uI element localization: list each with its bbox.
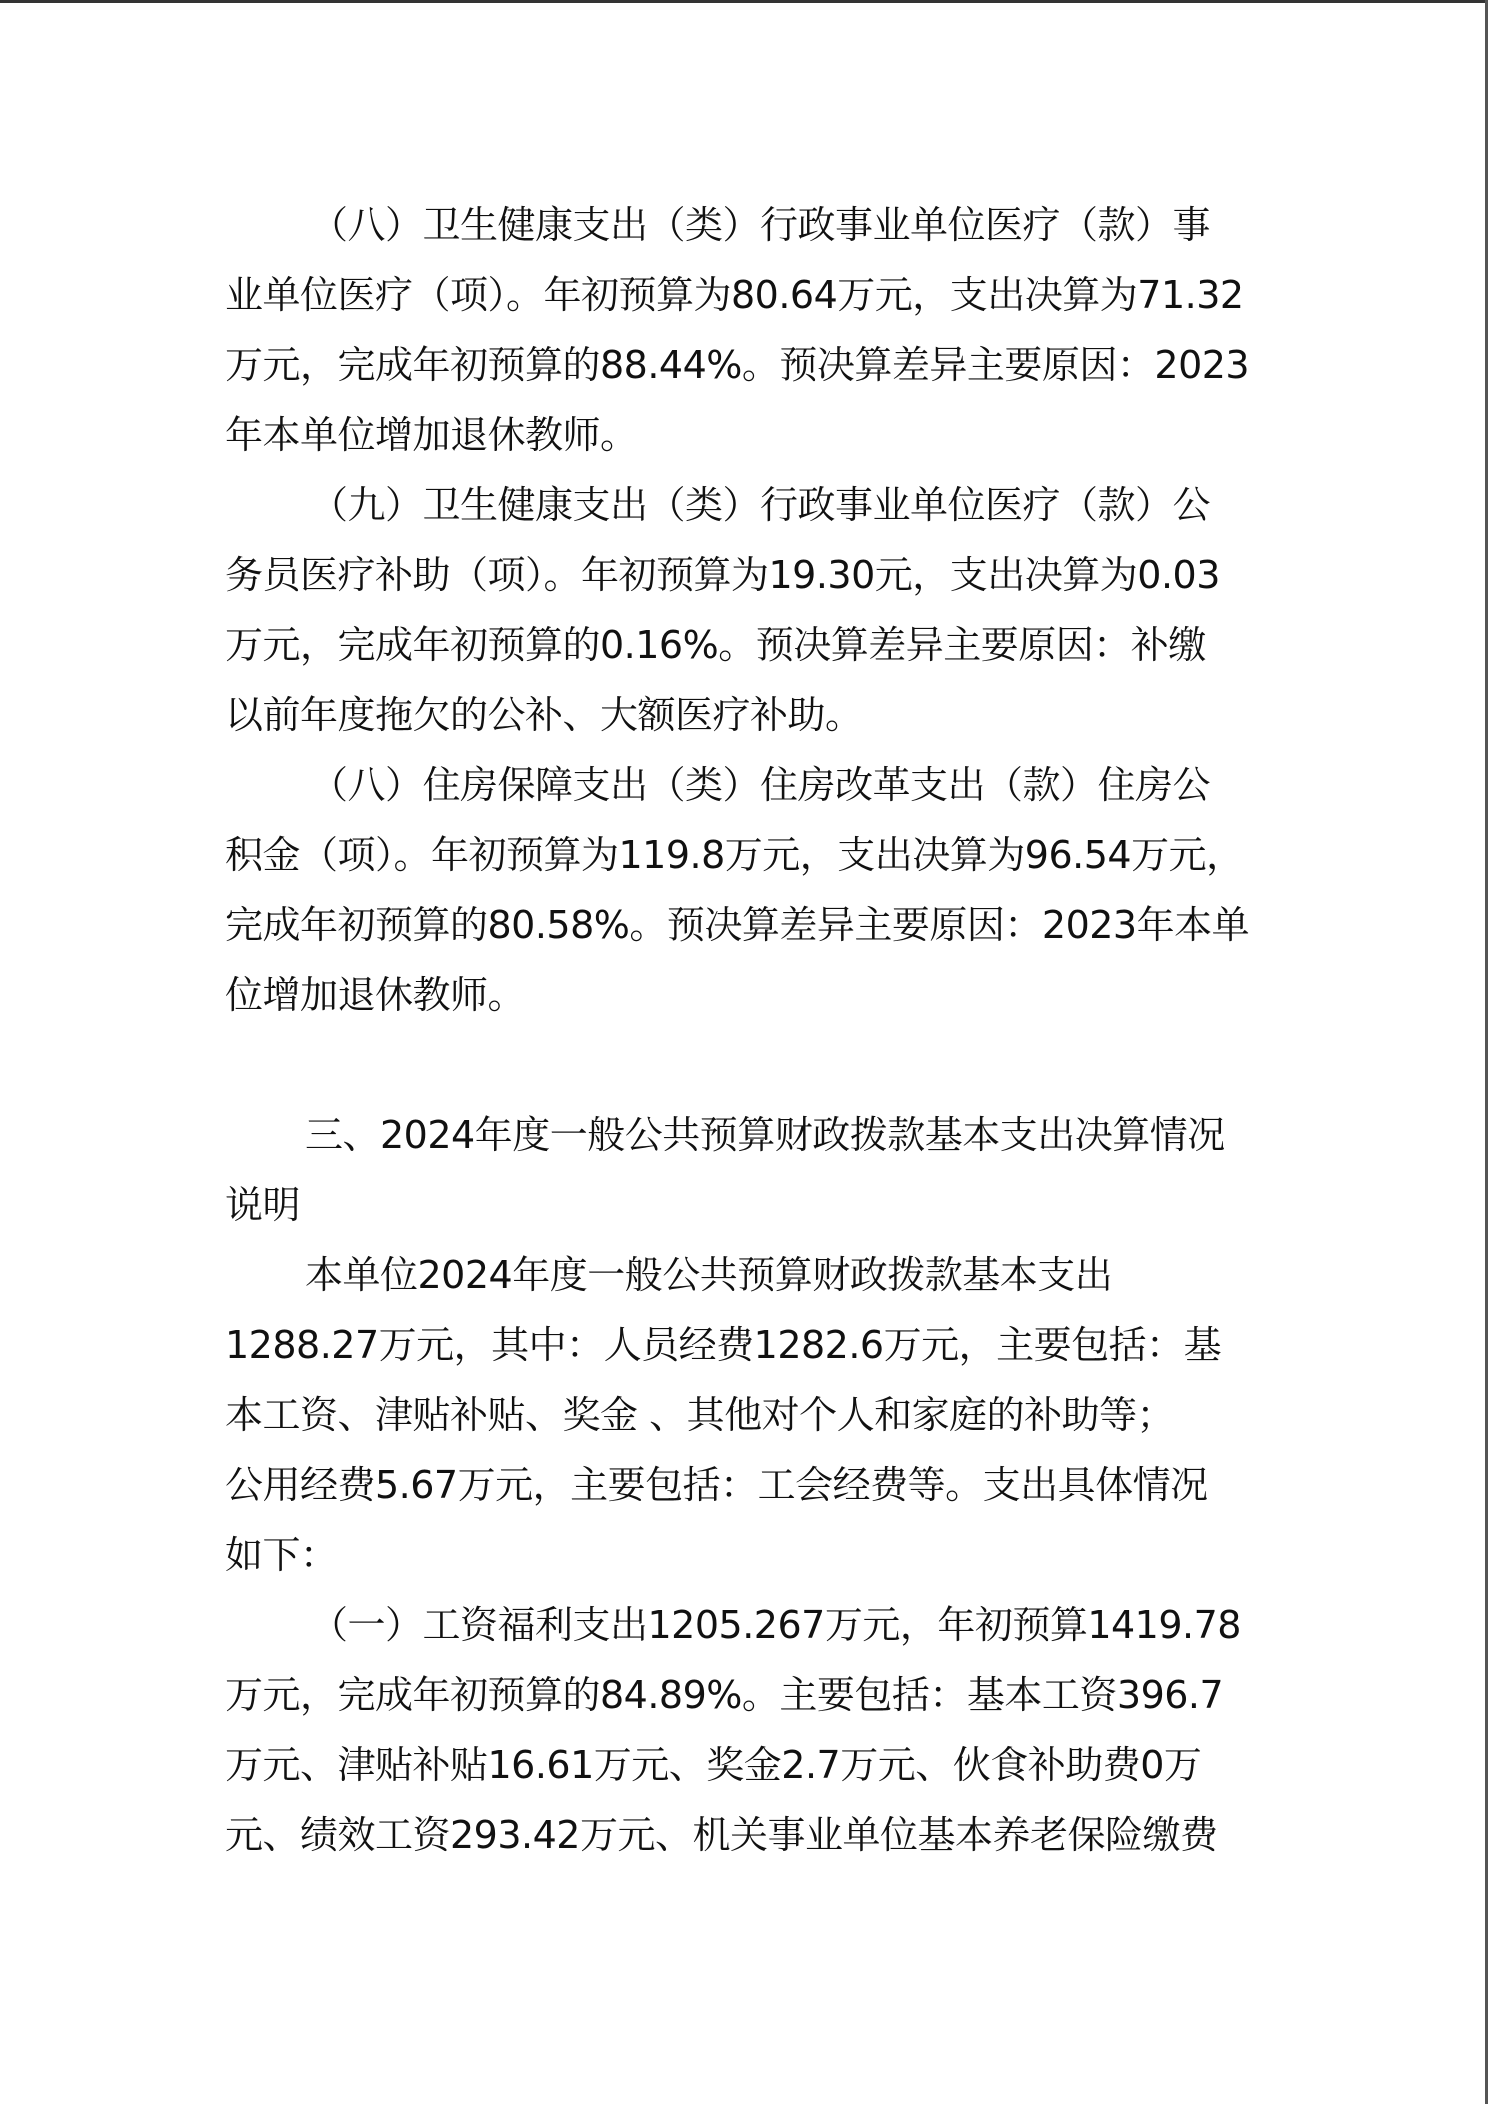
- heading-line: 说明: [225, 1170, 1270, 1240]
- text-line: 万元、津贴补贴16.61万元、奖金2.7万元、伙食补助费0万: [225, 1730, 1270, 1800]
- text-line: 万元，完成年初预算的88.44%。预决算差异主要原因：2023: [225, 330, 1270, 400]
- paragraph-health-medical-institution: （八）卫生健康支出（类）行政事业单位医疗（款）事 业单位医疗（项）。年初预算为8…: [225, 190, 1270, 470]
- text-line: 公用经费5.67万元，主要包括：工会经费等。支出具体情况: [225, 1450, 1270, 1520]
- text-line: 万元，完成年初预算的0.16%。预决算差异主要原因：补缴: [225, 610, 1270, 680]
- text-line: 本单位2024年度一般公共预算财政拨款基本支出: [225, 1240, 1270, 1310]
- text-line: （八）住房保障支出（类）住房改革支出（款）住房公: [225, 750, 1270, 820]
- document-page: （八）卫生健康支出（类）行政事业单位医疗（款）事 业单位医疗（项）。年初预算为8…: [225, 190, 1270, 1870]
- text-line: （一）工资福利支出1205.267万元，年初预算1419.78: [225, 1590, 1270, 1660]
- text-line: 年本单位增加退休教师。: [225, 400, 1270, 470]
- paragraph-summary: 本单位2024年度一般公共预算财政拨款基本支出 1288.27万元，其中：人员经…: [225, 1240, 1270, 1590]
- text-line: 积金（项）。年初预算为119.8万元，支出决算为96.54万元，: [225, 820, 1270, 890]
- paragraph-housing-provident-fund: （八）住房保障支出（类）住房改革支出（款）住房公 积金（项）。年初预算为119.…: [225, 750, 1270, 1030]
- text-line: （八）卫生健康支出（类）行政事业单位医疗（款）事: [225, 190, 1270, 260]
- text-line: 完成年初预算的80.58%。预决算差异主要原因：2023年本单: [225, 890, 1270, 960]
- text-line: 务员医疗补助（项）。年初预算为19.30元，支出决算为0.03: [225, 540, 1270, 610]
- paragraph-health-civil-servant-subsidy: （九）卫生健康支出（类）行政事业单位医疗（款）公 务员医疗补助（项）。年初预算为…: [225, 470, 1270, 750]
- text-line: 万元，完成年初预算的84.89%。主要包括：基本工资396.7: [225, 1660, 1270, 1730]
- spacer: [225, 1030, 1270, 1100]
- text-line: （九）卫生健康支出（类）行政事业单位医疗（款）公: [225, 470, 1270, 540]
- section-heading: 三、2024年度一般公共预算财政拨款基本支出决算情况 说明: [225, 1100, 1270, 1240]
- heading-line: 三、2024年度一般公共预算财政拨款基本支出决算情况: [225, 1100, 1270, 1170]
- paragraph-wage-welfare: （一）工资福利支出1205.267万元，年初预算1419.78 万元，完成年初预…: [225, 1590, 1270, 1870]
- text-line: 1288.27万元，其中：人员经费1282.6万元，主要包括：基: [225, 1310, 1270, 1380]
- text-line: 如下：: [225, 1520, 1270, 1590]
- text-line: 元、绩效工资293.42万元、机关事业单位基本养老保险缴费: [225, 1800, 1270, 1870]
- text-line: 本工资、津贴补贴、奖金 、其他对个人和家庭的补助等；: [225, 1380, 1270, 1450]
- text-line: 位增加退休教师。: [225, 960, 1270, 1030]
- text-line: 以前年度拖欠的公补、大额医疗补助。: [225, 680, 1270, 750]
- page-top-border: [0, 0, 1488, 3]
- text-line: 业单位医疗（项）。年初预算为80.64万元，支出决算为71.32: [225, 260, 1270, 330]
